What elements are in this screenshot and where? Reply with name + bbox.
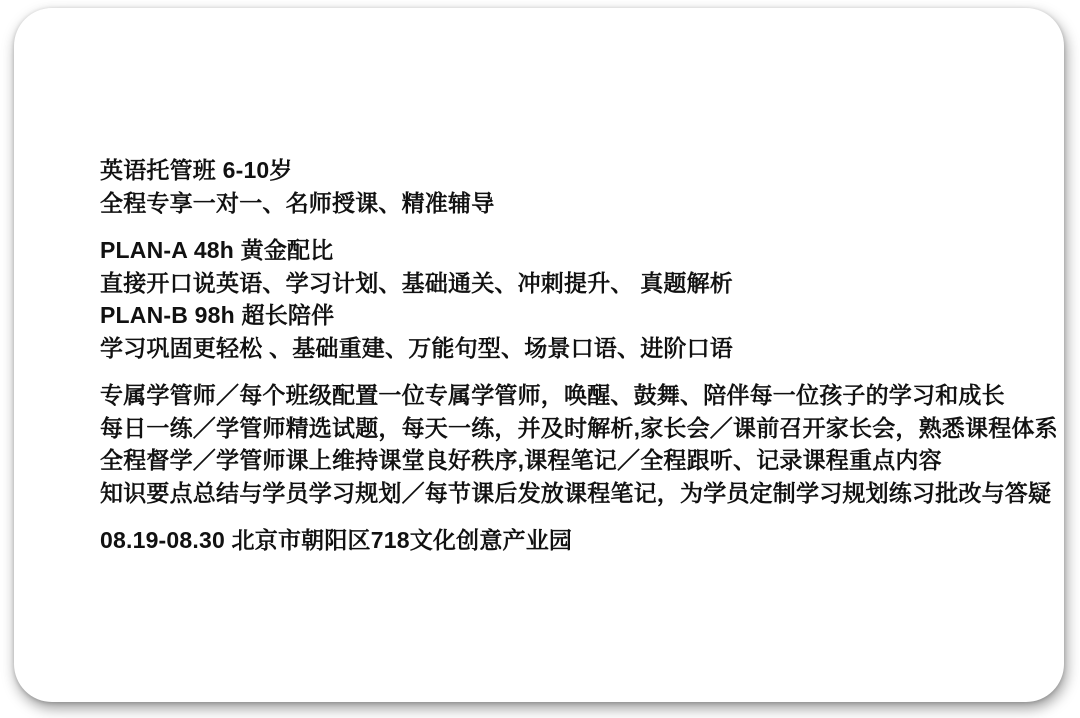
plan-b-name: PLAN-B 98h 超长陪伴	[100, 299, 1034, 332]
plan-b-detail: 学习巩固更轻松 、基础重建、万能句型、场景口语、进阶口语	[100, 332, 1034, 365]
service-line-notes: 知识要点总结与学员学习规划／每节课后发放课程笔记，为学员定制学习规划练习批改与答…	[100, 477, 1034, 510]
course-subtitle: 全程专享一对一、名师授课、精准辅导	[100, 187, 1034, 220]
header-block: 英语托管班 6-10岁 全程专享一对一、名师授课、精准辅导	[100, 154, 1034, 219]
schedule-location: 08.19-08.30 北京市朝阳区718文化创意产业园	[100, 524, 1034, 557]
service-line-supervision: 全程督学／学管师课上维持课堂良好秩序,课程笔记／全程跟听、记录课程重点内容	[100, 444, 1034, 477]
schedule-block: 08.19-08.30 北京市朝阳区718文化创意产业园	[100, 524, 1034, 557]
services-block: 专属学管师／每个班级配置一位专属学管师，唤醒、鼓舞、陪伴每一位孩子的学习和成长 …	[100, 379, 1034, 509]
plan-a-detail: 直接开口说英语、学习计划、基础通关、冲刺提升、 真题解析	[100, 267, 1034, 300]
plans-block: PLAN-A 48h 黄金配比 直接开口说英语、学习计划、基础通关、冲刺提升、 …	[100, 234, 1034, 364]
service-line-daily-practice: 每日一练／学管师精选试题，每天一练，并及时解析,家长会／课前召开家长会，熟悉课程…	[100, 412, 1034, 445]
course-title: 英语托管班 6-10岁	[100, 154, 1034, 187]
promo-card: 英语托管班 6-10岁 全程专享一对一、名师授课、精准辅导 PLAN-A 48h…	[14, 8, 1064, 702]
promo-text-content: 英语托管班 6-10岁 全程专享一对一、名师授课、精准辅导 PLAN-A 48h…	[100, 154, 1034, 557]
service-line-tutor: 专属学管师／每个班级配置一位专属学管师，唤醒、鼓舞、陪伴每一位孩子的学习和成长	[100, 379, 1034, 412]
page-background: 英语托管班 6-10岁 全程专享一对一、名师授课、精准辅导 PLAN-A 48h…	[0, 0, 1080, 718]
plan-a-name: PLAN-A 48h 黄金配比	[100, 234, 1034, 267]
